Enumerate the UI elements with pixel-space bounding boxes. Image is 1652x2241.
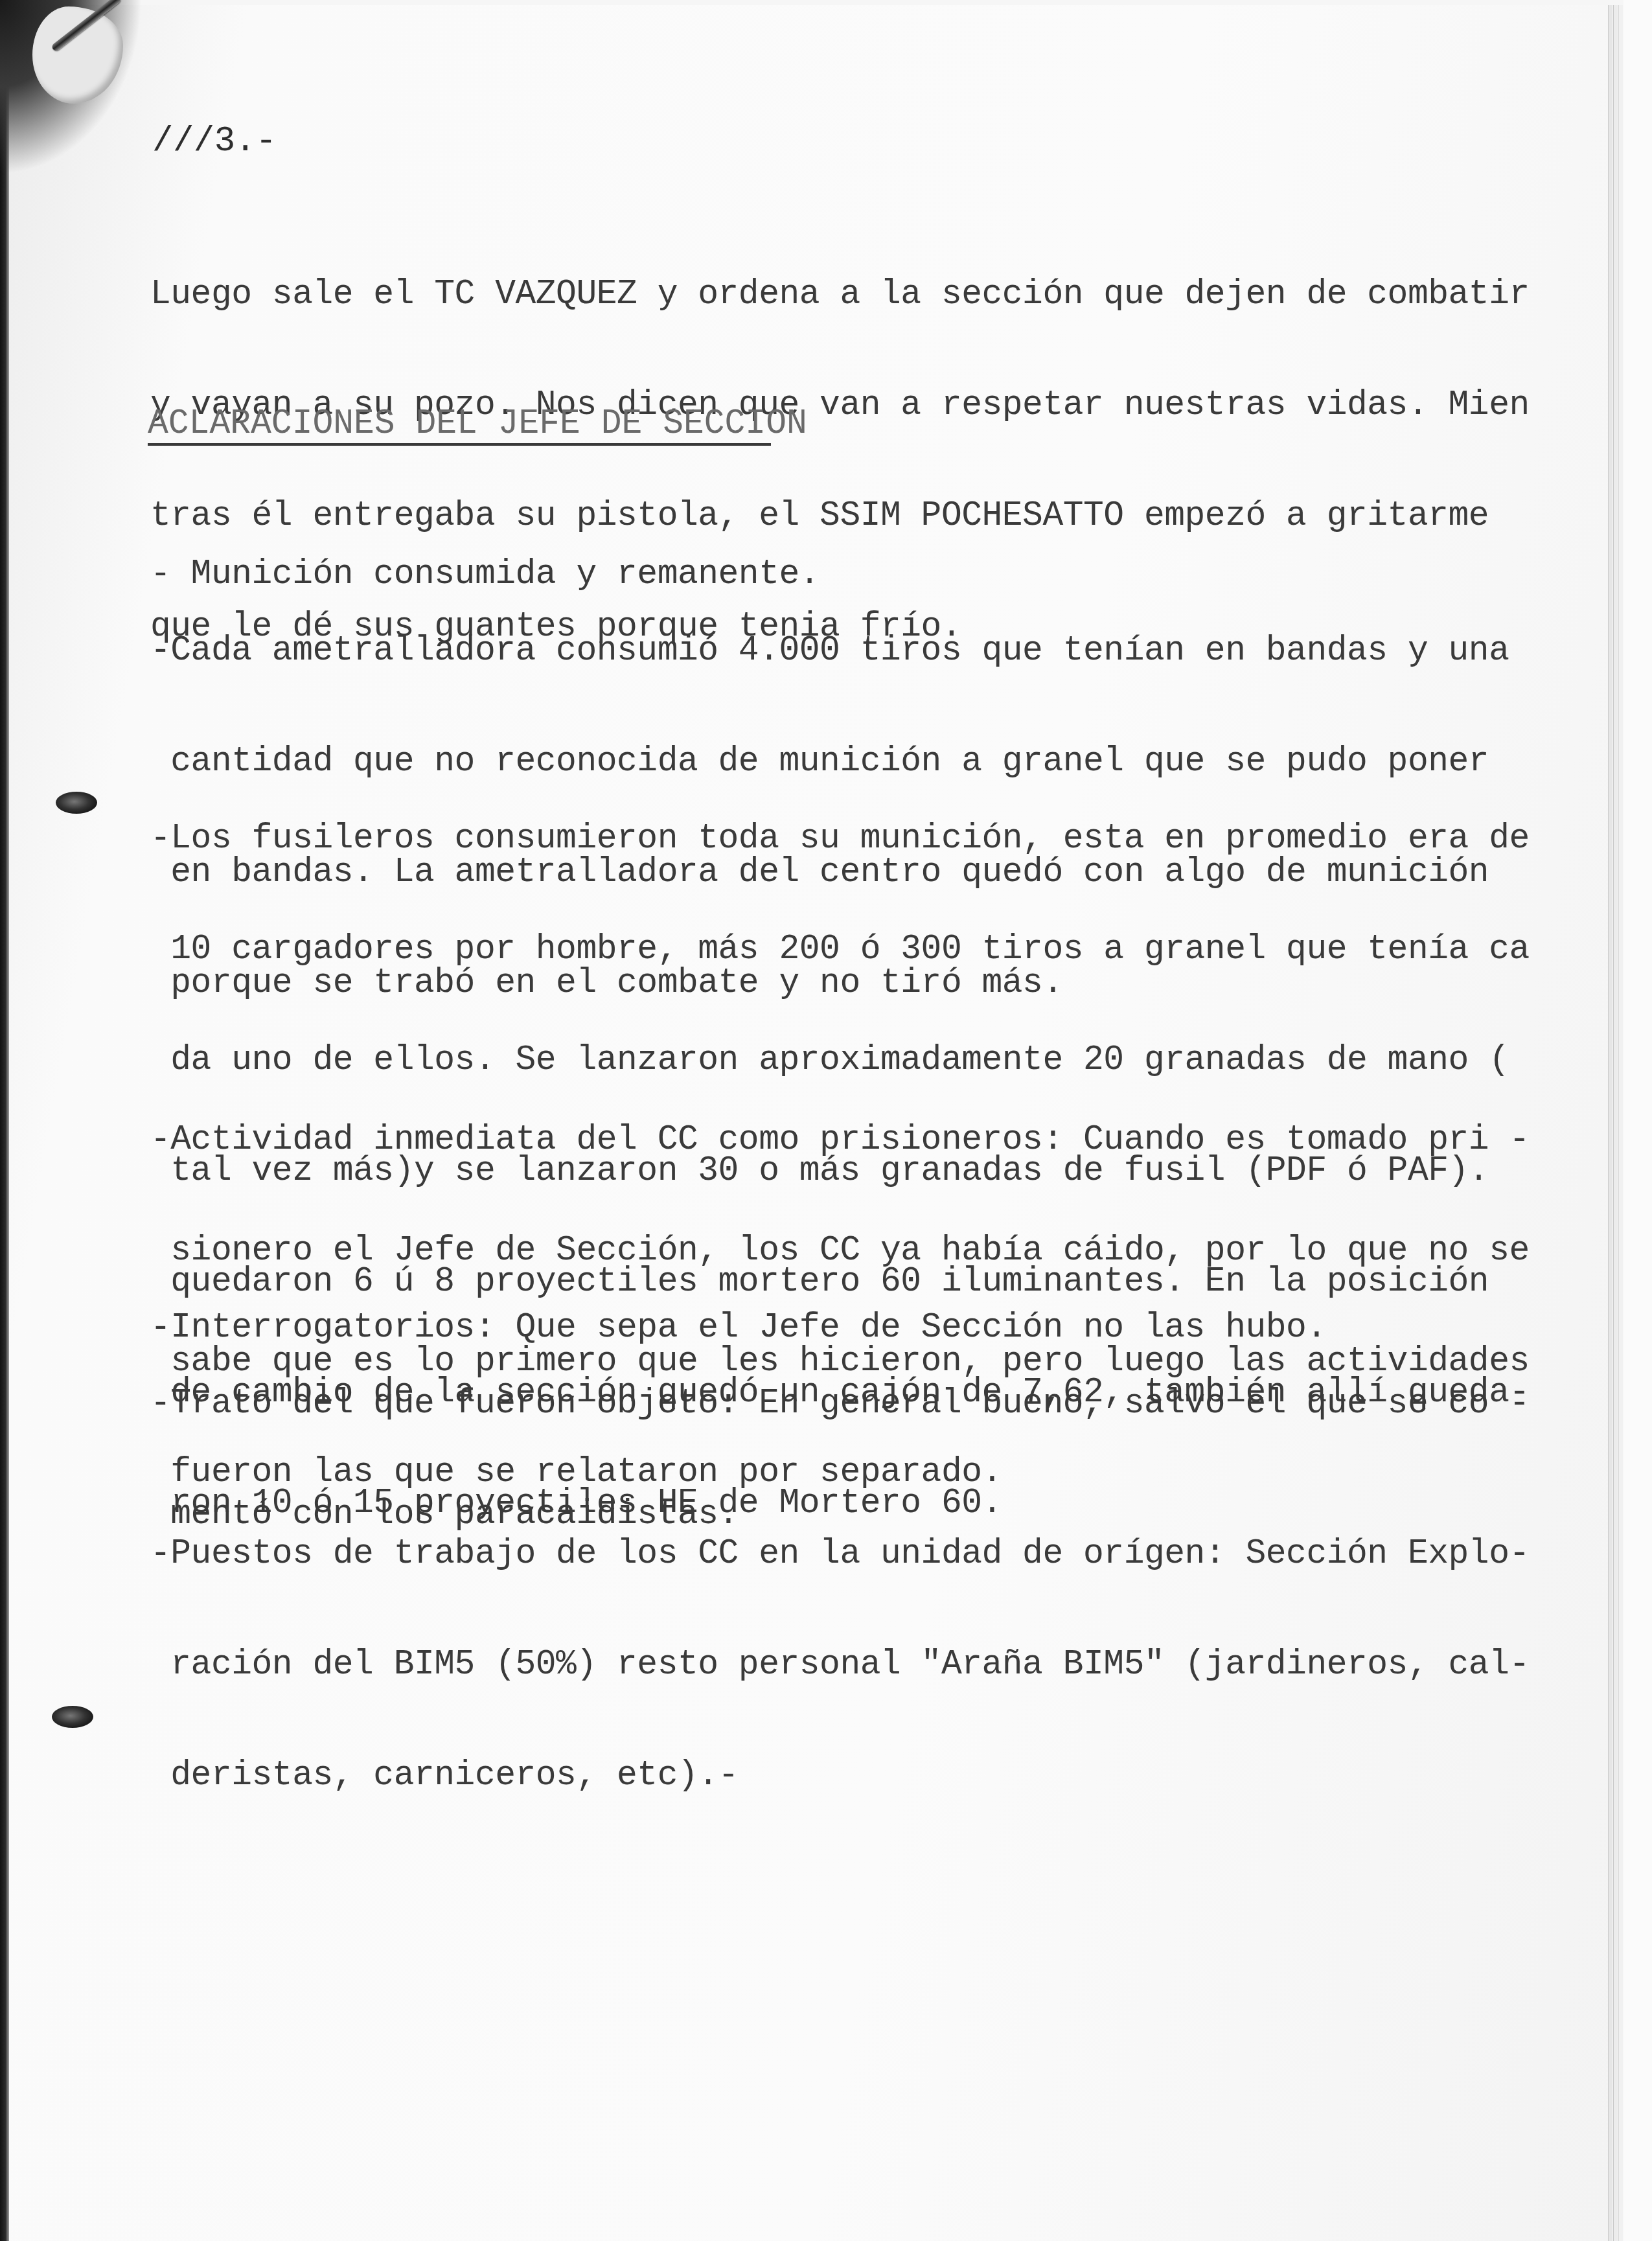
item-puestos-de-trabajo: -Puestos de trabajo de los CC en la unid… — [150, 1462, 1530, 1868]
page-number: ///3.- — [152, 123, 276, 160]
text-line: -Actividad inmediata del CC como prision… — [150, 1121, 1530, 1158]
stacked-sheet-edge — [1608, 5, 1612, 2241]
text-line: Luego sale el TC VAZQUEZ y ordena a la s… — [150, 276, 1530, 313]
text-line: deristas, carniceros, etc).- — [150, 1757, 1530, 1794]
scanned-document: ///3.- Luego sale el TC VAZQUEZ y ordena… — [0, 0, 1652, 2241]
punch-hole-icon — [56, 792, 97, 814]
binder-edge — [0, 0, 9, 2241]
text-line: 10 cargadores por hombre, más 200 ó 300 … — [150, 931, 1530, 968]
text-line: -Los fusileros consumieron toda su munic… — [150, 820, 1530, 857]
section-heading: ACLARACIONES DEL JEFE DE SECCION — [148, 406, 807, 442]
heading-underline — [148, 443, 771, 446]
text-line: -Trato del que fueron objeto: En general… — [150, 1385, 1530, 1422]
text-line: ración del BIM5 (50%) resto personal "Ar… — [150, 1646, 1530, 1683]
stacked-sheet-edge — [1613, 5, 1618, 2241]
scan-background — [1623, 0, 1652, 2241]
stacked-sheet-edge — [1618, 5, 1623, 2241]
text-line: -Cada ametralladora consumió 4.000 tiros… — [150, 632, 1509, 669]
punch-hole-icon — [52, 1706, 93, 1728]
text-line: -Puestos de trabajo de los CC en la unid… — [150, 1535, 1530, 1572]
